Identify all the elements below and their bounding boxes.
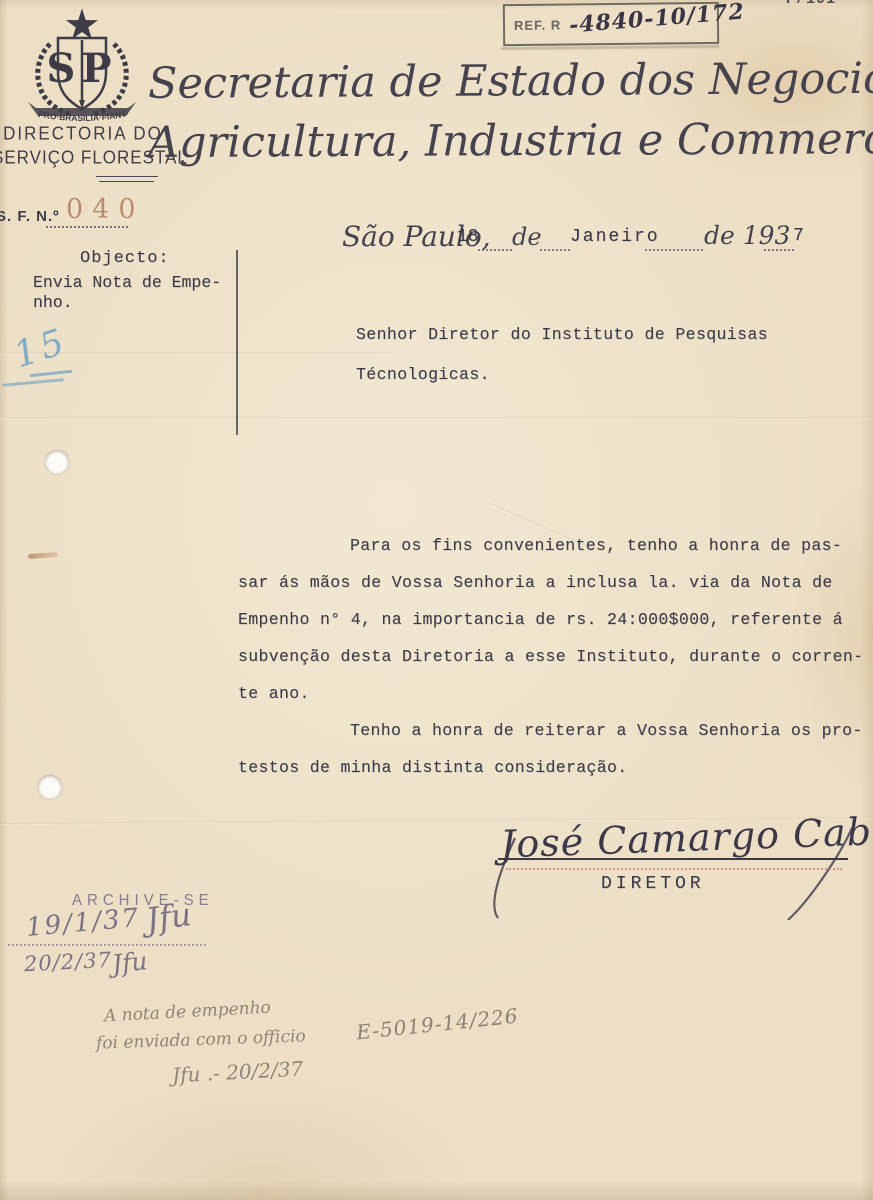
blue-pencil-number: 15 [9, 321, 73, 377]
body-line: te ano. [238, 675, 863, 712]
star-icon [68, 10, 97, 38]
pencil-note-line2: foi enviada com o officio [96, 1026, 306, 1053]
objecto-line1: Envia Nota de Empe- [33, 273, 221, 292]
paper-crease [0, 417, 873, 419]
sf-number-label: S. F. N.º [0, 208, 60, 225]
dotted-line [478, 249, 512, 251]
dateline-day: 18 [457, 227, 479, 247]
blue-pencil-underline [2, 378, 64, 386]
recipient-line2: Técnologicas. [356, 365, 490, 384]
body-line: testos de minha distinta consideração. [238, 749, 863, 786]
letterhead-title-line2: Agricultura, Industria e Commercio [148, 114, 873, 168]
recipient-line1: Senhor Diretor do Instituto de Pesquisas [356, 325, 768, 344]
archive-date-2: 20/2/37 [23, 948, 112, 977]
body-line: sar ás mãos de Vossa Senhoria a inclusa … [238, 564, 863, 601]
body-line: Para os fins convenientes, tenho a honra… [238, 527, 863, 564]
archive-initials-1: Jfu [144, 895, 194, 939]
letterhead-title-line1: Secretaria de Estado dos Negocios da [148, 53, 873, 109]
dotted-line [764, 249, 794, 251]
body-line: Empenho n° 4, na importancia de rs. 24:0… [238, 601, 863, 638]
page-corner-reference: P/101 [786, 0, 836, 8]
pencil-reference-number: E-5019-14/226 [355, 1004, 519, 1045]
body-line: Tenho a honra de reiterar a Vossa Senhor… [238, 712, 863, 749]
dateline-de-year: de 193 [704, 221, 790, 250]
signature-red-dotted-line [506, 868, 842, 870]
sp-state-seal-icon: SP PRO·BRASILIA·FIANT·EXIMIA [20, 6, 144, 128]
archive-initials-2: Jfu [111, 946, 149, 979]
scanned-letter-page: P/101 REF. R -4840-10/172 SP PRO·BRASILI… [0, 0, 873, 1200]
pencil-note-line3: Jfu .- 20/2/37 [171, 1057, 303, 1088]
sf-number-stamp: 040 [66, 194, 145, 225]
dateline-de: de [512, 223, 542, 251]
body-line: subvenção desta Diretoria a esse Institu… [238, 638, 863, 675]
divider [99, 181, 154, 182]
margin-divider-line [236, 250, 238, 435]
dotted-line [8, 944, 206, 946]
dotted-line [46, 226, 128, 228]
objecto-line2: nho. [33, 293, 73, 312]
punch-hole [45, 450, 69, 474]
divider [96, 176, 158, 177]
ref-stamp-handwritten-number: -4840-10/172 [568, 0, 746, 39]
dotted-line [540, 249, 570, 251]
dateline-month: Janeiro [570, 227, 660, 247]
punch-hole [38, 775, 62, 799]
signature-line [498, 858, 848, 860]
dateline-year-digit: 7 [793, 226, 804, 246]
reference-stamp-box: REF. R -4840-10/172 [503, 2, 719, 46]
letter-body: Para os fins convenientes, tenho a honra… [238, 527, 863, 786]
pencil-note-line1: A nota de empenho [104, 998, 272, 1027]
dotted-line [645, 249, 703, 251]
objecto-label: Objecto: [80, 249, 170, 268]
ref-stamp-label: REF. R [514, 18, 561, 33]
signature-title: DIRETOR [601, 874, 705, 894]
rust-stain [28, 552, 58, 559]
archive-date-1: 19/1/37 [25, 903, 141, 943]
